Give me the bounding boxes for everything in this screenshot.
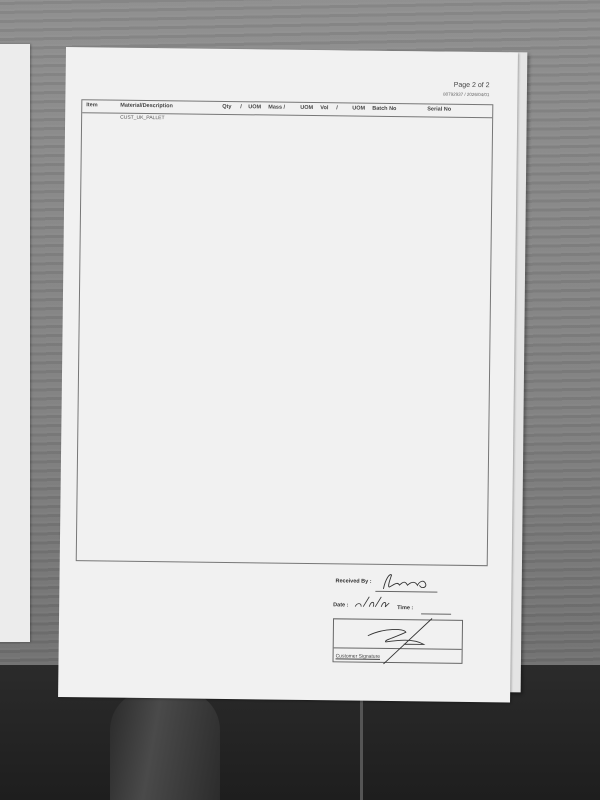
items-table: Item Material/Description Qty / UOM Mass… (76, 99, 494, 566)
col-sep-1: / (240, 104, 242, 110)
col-mass: Mass / (268, 104, 285, 110)
delivery-note-page: Page 2 of 2 80792937 / 2026/04/01 Item M… (58, 47, 518, 702)
date-label: Date : (333, 602, 348, 608)
clothing-fold (110, 690, 220, 800)
col-batch-no: Batch No (372, 106, 396, 112)
col-serial-no: Serial No (427, 106, 451, 112)
clothing-seam (360, 700, 363, 800)
date-handwriting (353, 595, 393, 611)
adjacent-page-edge (0, 44, 30, 642)
document-reference: 80792937 / 2026/04/01 (443, 92, 489, 98)
col-vol: Vol (320, 105, 328, 111)
receipt-signature-block: Received By : Date : Time : Customer Sig… (320, 568, 471, 670)
page-number: Page 2 of 2 (443, 82, 489, 90)
col-qty: Qty (222, 104, 231, 110)
table-row-description: CUST_UK_PALLET (120, 115, 164, 122)
col-sep-2: / (336, 105, 338, 111)
col-uom-3: UOM (352, 106, 365, 112)
col-uom-1: UOM (248, 104, 261, 110)
time-label: Time : (397, 605, 413, 611)
customer-signature-box: Customer Signature (333, 618, 464, 664)
customer-signature (353, 614, 444, 671)
col-material-description: Material/Description (120, 103, 173, 110)
page-header: Page 2 of 2 80792937 / 2026/04/01 (443, 82, 489, 98)
col-uom-2: UOM (300, 105, 313, 111)
col-item: Item (86, 102, 97, 108)
received-by-handwriting (379, 569, 439, 594)
received-by-label: Received By : (335, 578, 371, 584)
